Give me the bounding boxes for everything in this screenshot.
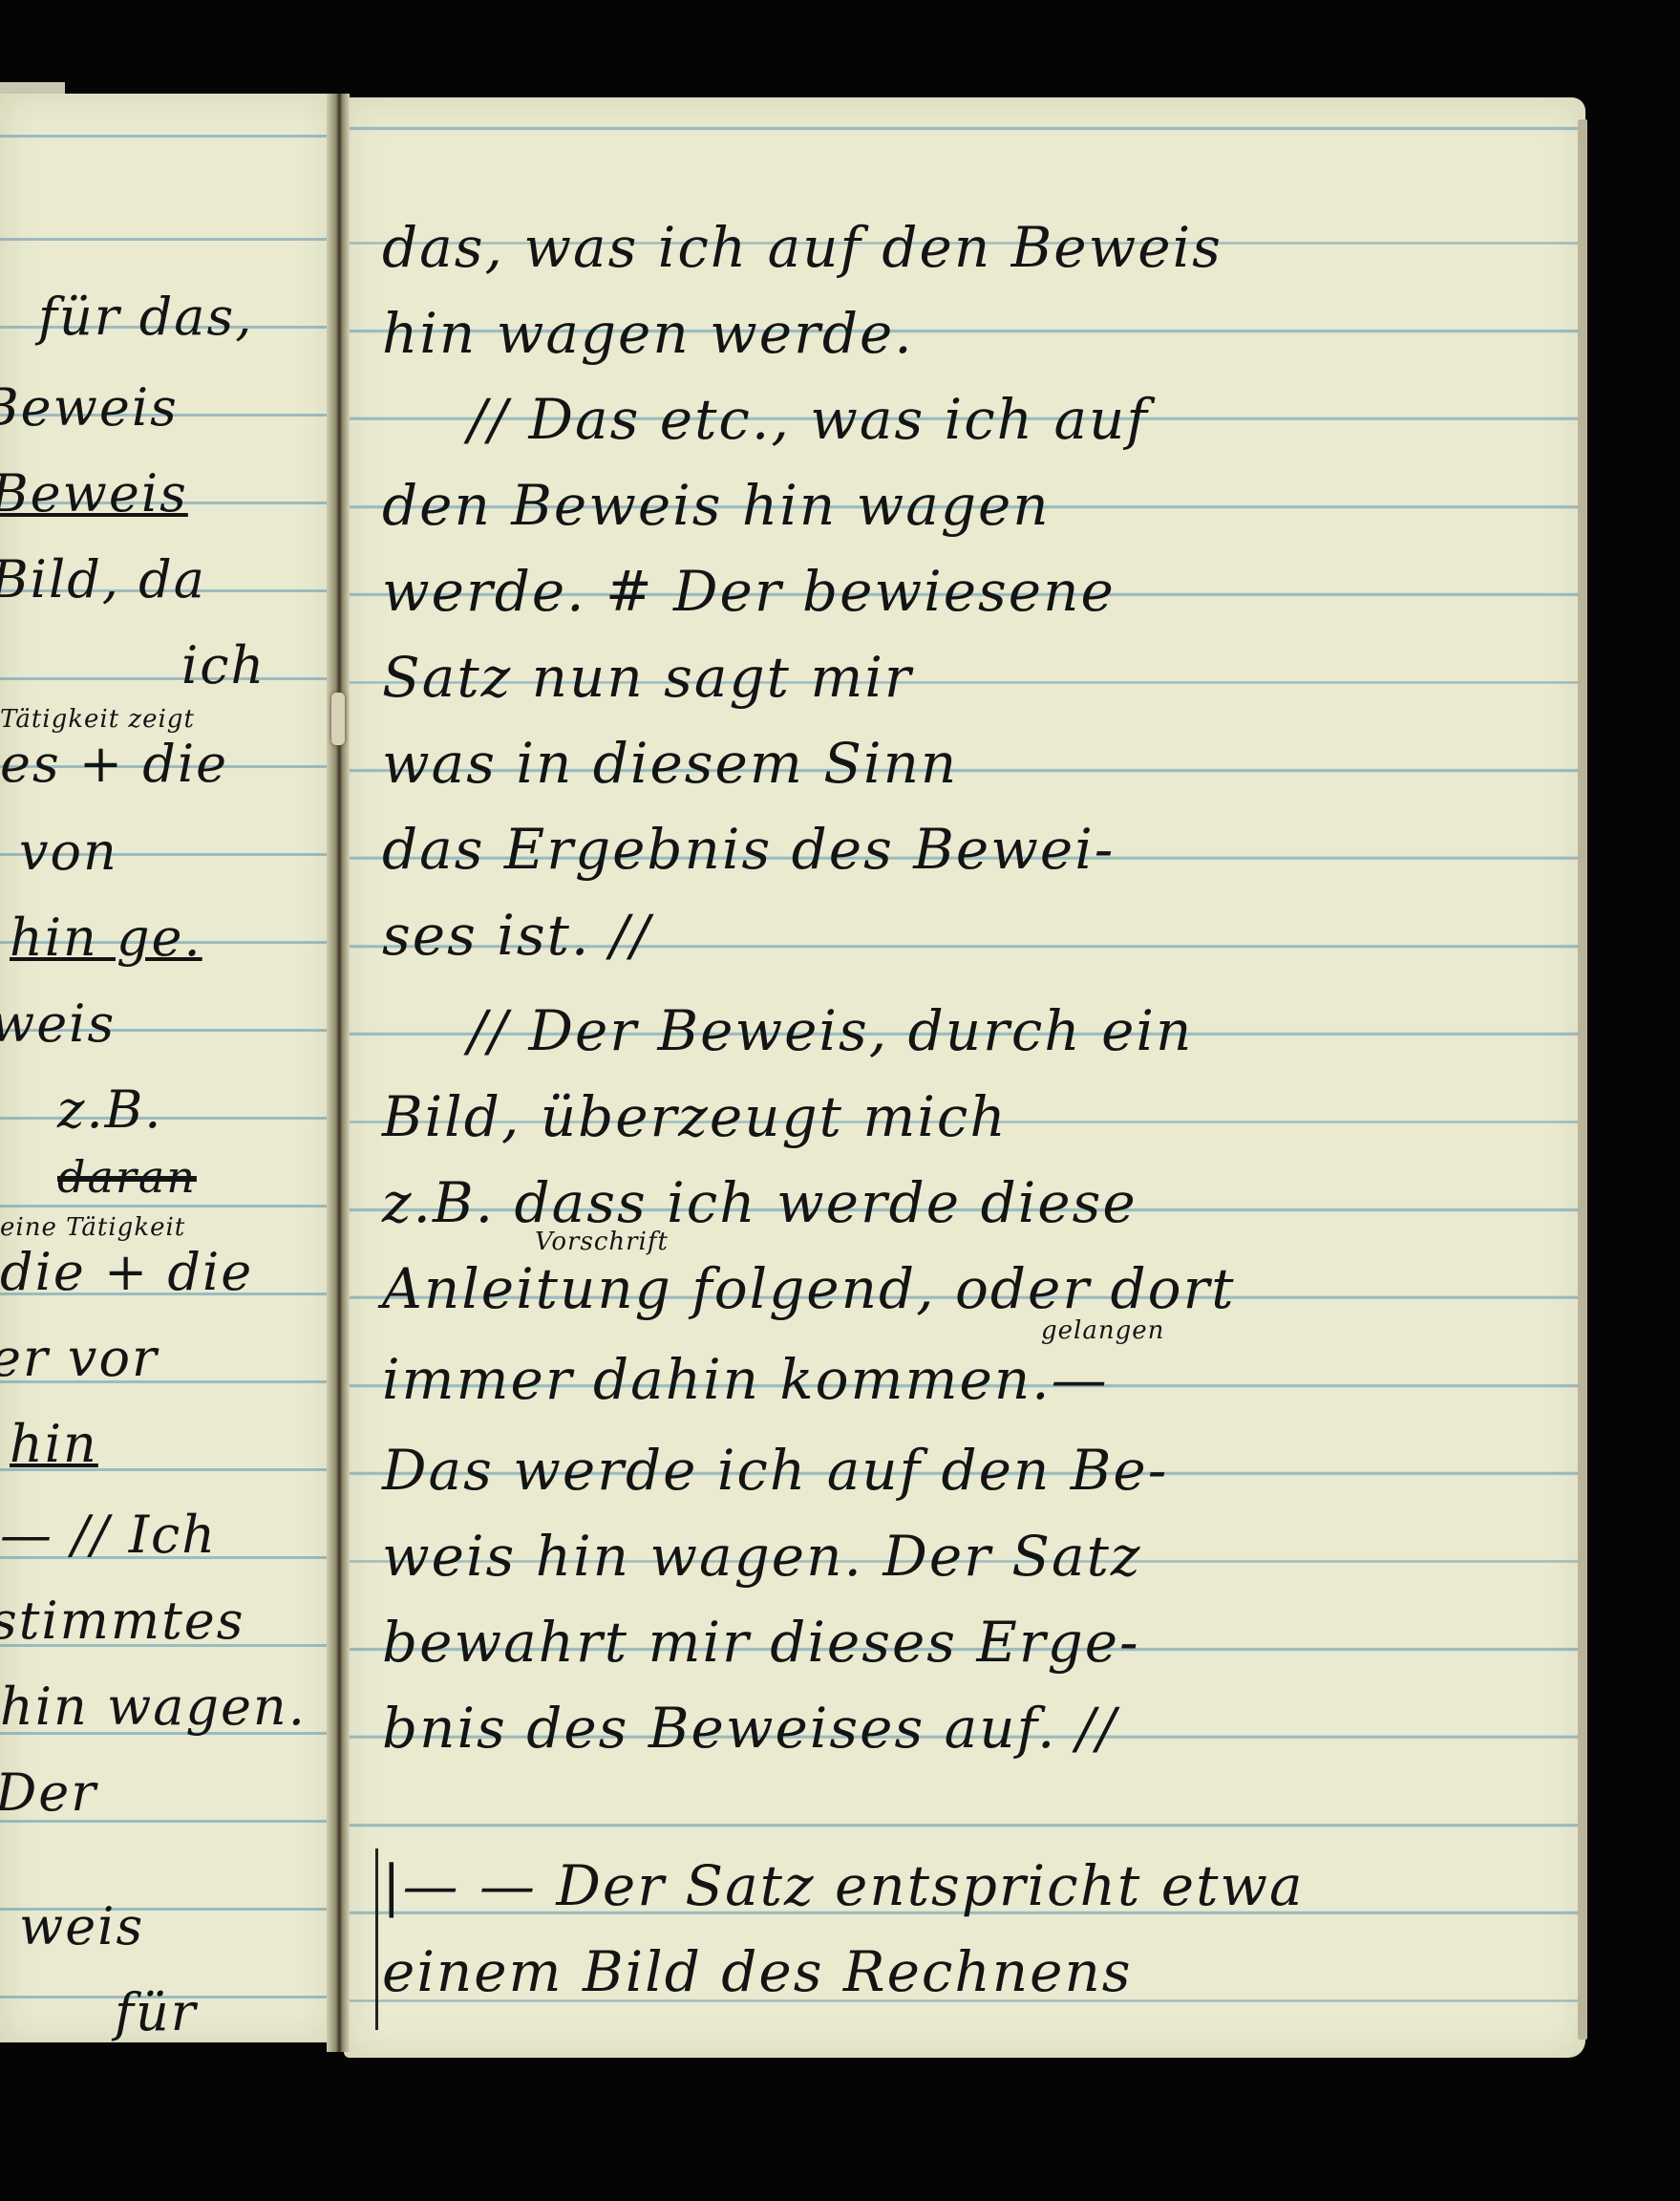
spine-stitch: [331, 693, 345, 745]
left-line: — // Ich: [0, 1505, 217, 1565]
left-line: die + die: [0, 1242, 253, 1302]
left-line: weis: [0, 994, 116, 1054]
right-line: ses ist. //: [382, 903, 651, 968]
right-line: Satz nun sagt mir: [382, 645, 913, 710]
margin-bracket-line: [375, 1848, 378, 2030]
left-line: von: [19, 822, 118, 882]
right-line: z.B. dass ich werde diese: [382, 1170, 1138, 1235]
right-line: weis hin wagen. Der Satz: [382, 1524, 1142, 1589]
left-line: weis: [19, 1896, 144, 1956]
right-line: Anleitung folgend, oder dort: [382, 1256, 1236, 1321]
right-line: hin wagen werde.: [382, 301, 914, 366]
left-line: stimmtes: [0, 1591, 245, 1651]
left-line: hin: [10, 1414, 98, 1474]
right-line: |— — Der Satz entspricht etwa: [382, 1853, 1305, 1918]
right-line: was in diesem Sinn: [382, 731, 958, 796]
left-line: Bild, da: [0, 549, 206, 609]
left-line: Der: [0, 1763, 97, 1823]
left-line: hin ge.: [10, 908, 202, 968]
left-line: ich: [181, 635, 266, 695]
right-line: das Ergebnis des Bewei-: [382, 817, 1115, 882]
insertion-gelangen: gelangen: [1041, 1316, 1164, 1345]
right-line: Bild, überzeugt mich: [382, 1084, 1008, 1149]
left-line: für: [115, 1982, 198, 2042]
right-line: den Beweis hin wagen: [382, 473, 1051, 538]
left-line: es + die: [0, 734, 228, 794]
right-line: das, was ich auf den Beweis: [382, 215, 1223, 280]
right-line: Das werde ich auf den Be-: [382, 1438, 1168, 1503]
notebook-cover-edge: [1578, 119, 1587, 2040]
right-line: // Der Beweis, durch ein: [468, 998, 1193, 1063]
left-line: er vor: [0, 1328, 159, 1388]
left-line: Beweis: [0, 463, 188, 524]
right-line: bewahrt mir dieses Erge-: [382, 1610, 1140, 1675]
right-line: einem Bild des Rechnens: [382, 1939, 1133, 2004]
left-line: Beweis: [0, 377, 179, 438]
right-line: immer dahin kommen.—: [382, 1347, 1109, 1412]
left-line: hin wagen.: [0, 1677, 307, 1737]
left-line: z.B.: [57, 1079, 162, 1140]
right-line: werde. # Der bewiesene: [382, 559, 1116, 624]
left-line: daran: [57, 1151, 197, 1203]
right-line: // Das etc., was ich auf: [468, 387, 1149, 452]
insertion-vorschrift: Vorschrift: [535, 1228, 669, 1256]
left-line-insertion: eine Tätigkeit: [0, 1213, 185, 1242]
notebook-spine: [327, 94, 350, 2052]
right-line: bnis des Beweises auf. //: [382, 1696, 1117, 1761]
left-line: für das,: [38, 287, 253, 347]
left-line-insertion: Tätigkeit zeigt: [0, 705, 195, 734]
